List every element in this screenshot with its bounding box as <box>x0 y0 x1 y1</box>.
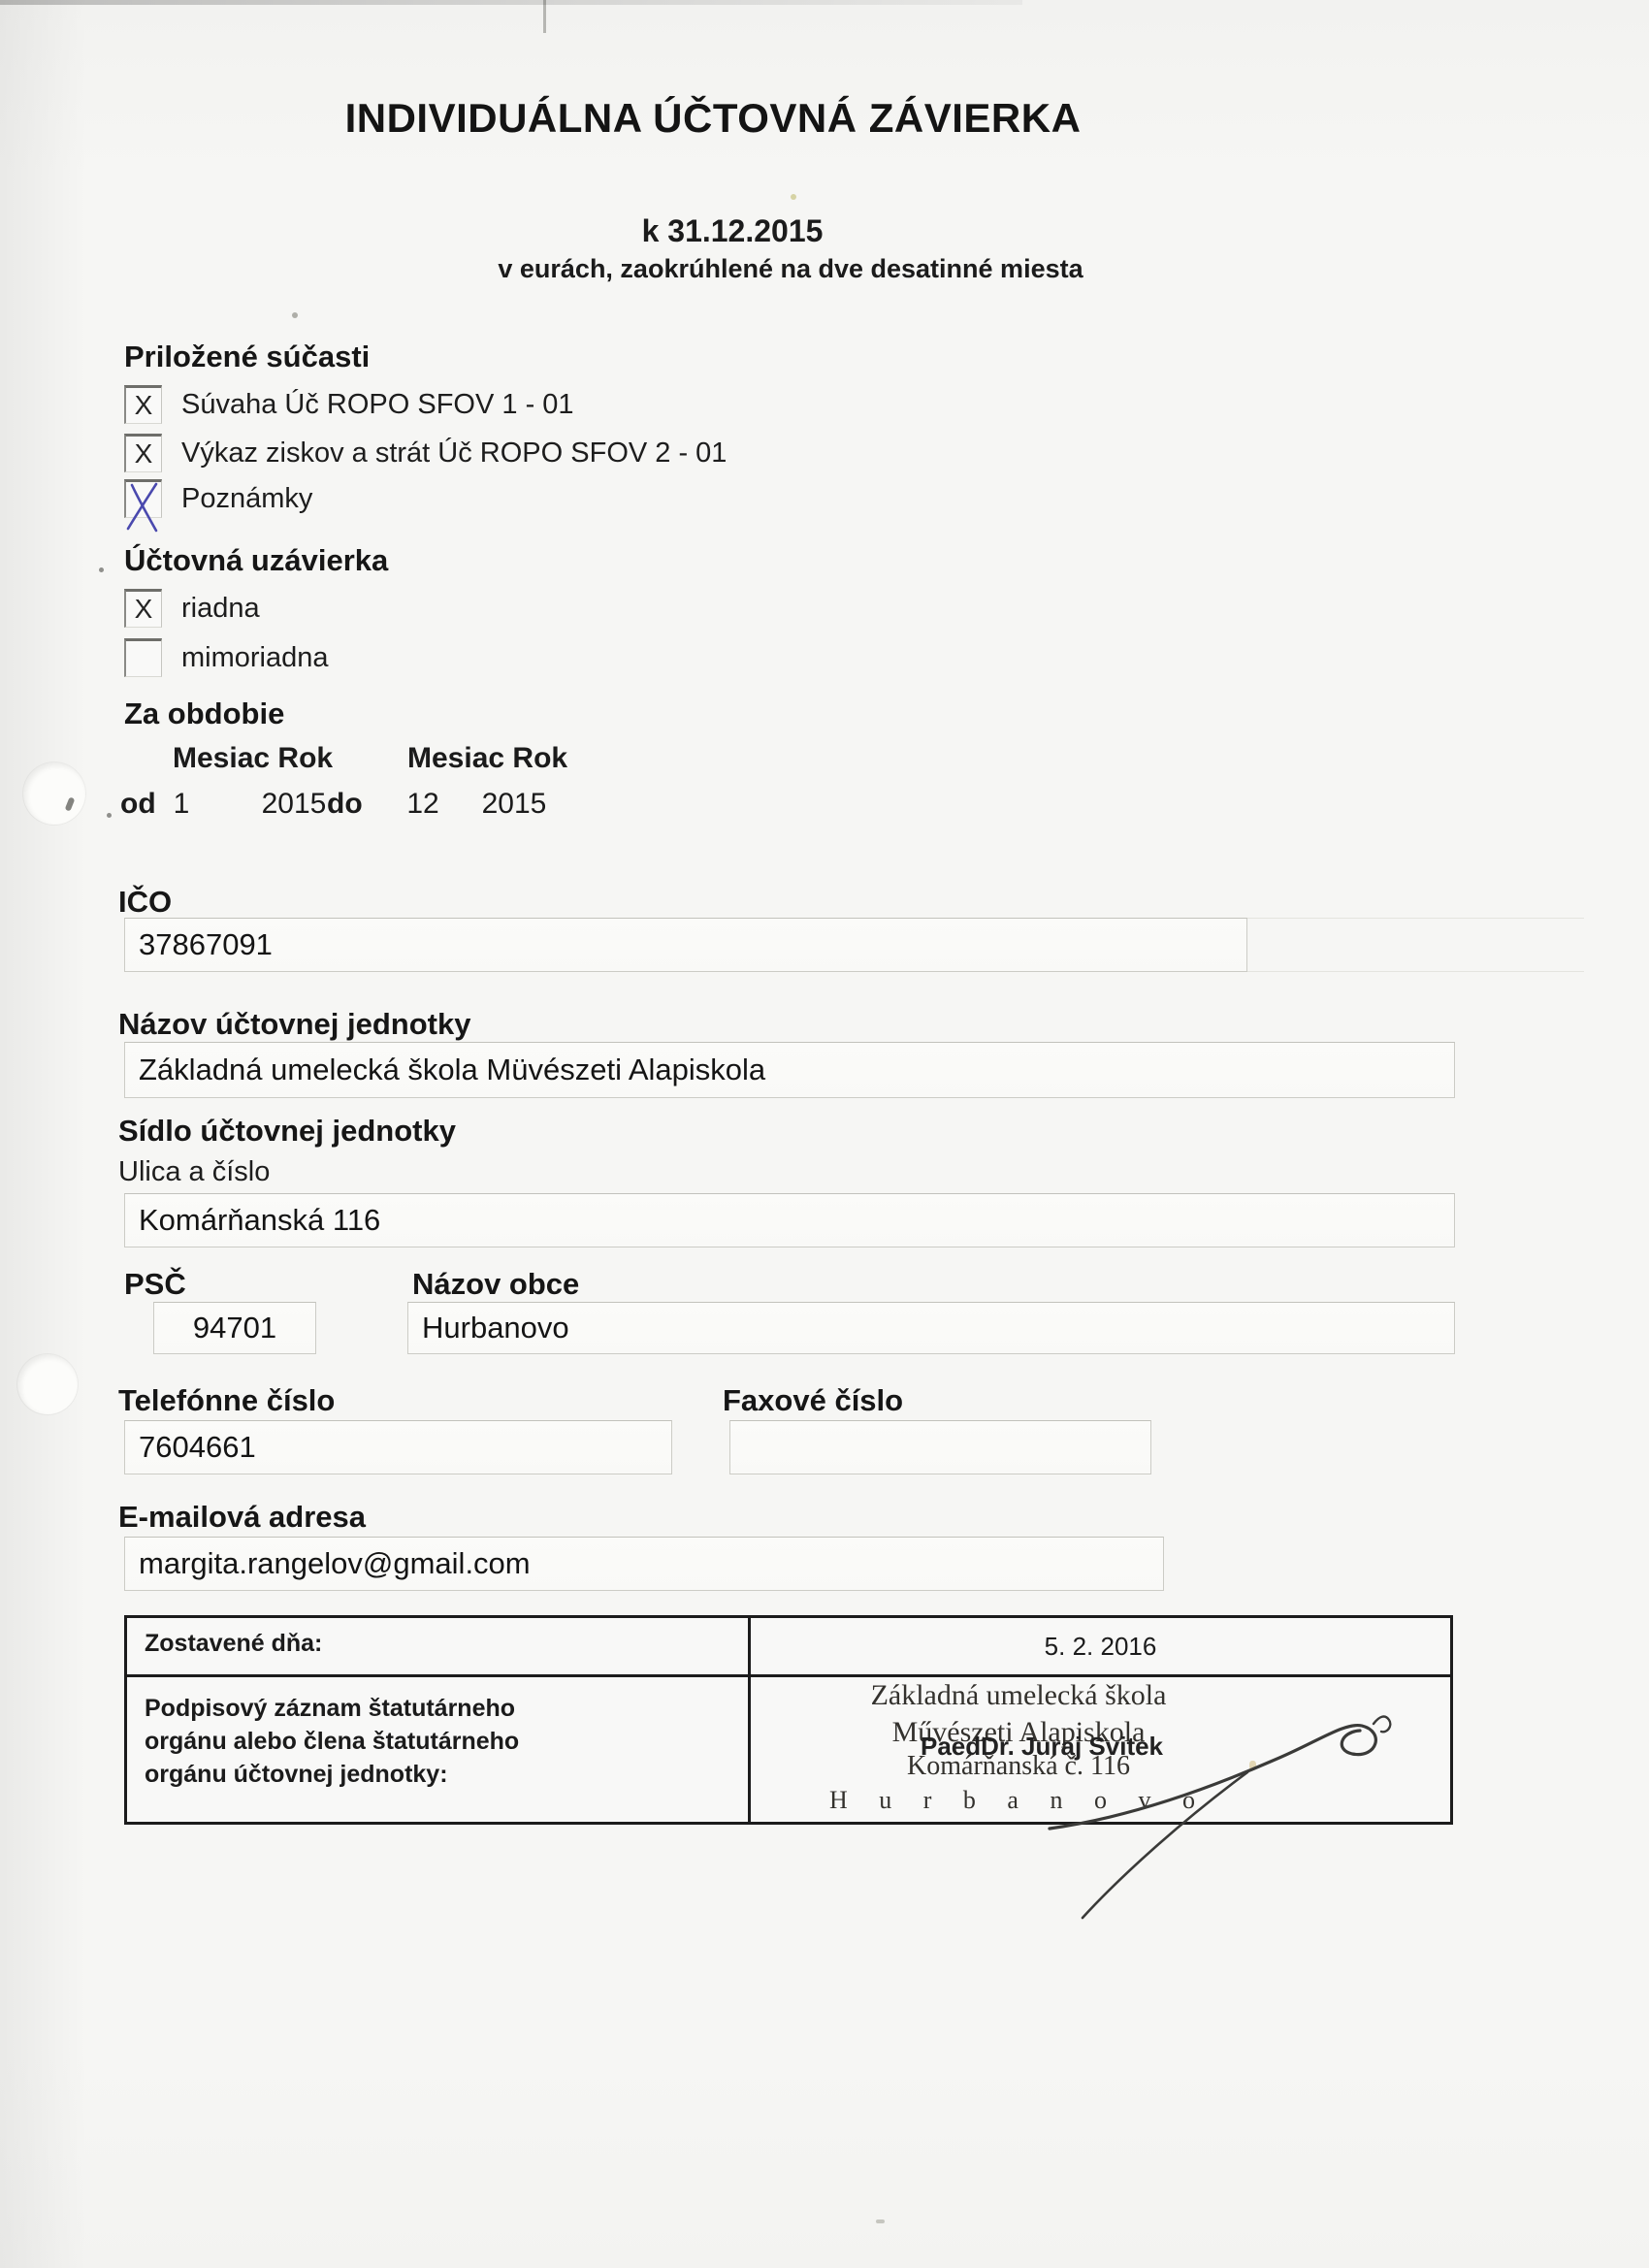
checkbox-label: Poznámky <box>181 483 312 515</box>
compiled-date-value: 5. 2. 2016 <box>748 1618 1450 1674</box>
seat-heading: Sídlo účtovnej jednotky <box>118 1114 456 1149</box>
period-from-year[interactable]: 2015 <box>250 788 338 821</box>
ico-field[interactable]: 37867091 <box>124 918 1247 972</box>
phone-label: Telefónne číslo <box>118 1383 335 1418</box>
signature-table: Zostavené dňa: 5. 2. 2016 Podpisový zázn… <box>124 1615 1453 1825</box>
handwritten-signature <box>1032 1704 1420 1928</box>
scan-speck <box>292 312 298 318</box>
checkbox-x-mark: X <box>126 437 161 471</box>
attachments-heading: Priložené súčasti <box>124 340 370 374</box>
checkbox-label: Výkaz ziskov a strát Úč ROPO SFOV 2 - 01 <box>181 437 727 470</box>
checkbox-label: Súvaha Úč ROPO SFOV 1 - 01 <box>181 389 574 421</box>
scan-speck <box>876 2219 885 2223</box>
checkbox-label: mimoriadna <box>181 642 329 674</box>
city-label: Názov obce <box>412 1267 579 1302</box>
page-title: INDIVIDUÁLNA ÚČTOVNÁ ZÁVIERKA <box>0 95 1426 142</box>
fax-field[interactable] <box>729 1420 1151 1474</box>
checkbox-x-mark <box>126 641 161 676</box>
report-date: k 31.12.2015 <box>0 213 1465 249</box>
period-to-year[interactable]: 2015 <box>468 788 561 821</box>
entity-name-field[interactable]: Základná umelecká škola Müvészeti Alapis… <box>124 1042 1455 1098</box>
signature-cell: Základná umelecká škola Művészeti Alapis… <box>748 1674 1450 1822</box>
period-heading: Za obdobie <box>124 697 284 731</box>
scan-speck <box>65 796 76 811</box>
checkbox-x-mark: X <box>126 592 161 627</box>
psc-label: PSČ <box>124 1267 186 1302</box>
punch-hole <box>23 762 85 825</box>
period-to-month[interactable]: 12 <box>386 788 460 821</box>
scan-line-artifact <box>543 0 546 33</box>
report-subtitle: v eurách, zaokrúhlené na dve desatinné m… <box>0 254 1581 284</box>
scan-speck <box>107 813 112 818</box>
ico-label: IČO <box>118 885 172 920</box>
fax-label: Faxové číslo <box>723 1383 903 1418</box>
checkbox-vykaz[interactable]: X <box>124 434 162 472</box>
checkbox-mimoriadna[interactable] <box>124 638 162 677</box>
email-field[interactable]: margita.rangelov@gmail.com <box>124 1537 1164 1591</box>
scanned-form-page: INDIVIDUÁLNA ÚČTOVNÁ ZÁVIERKA k 31.12.20… <box>0 0 1649 2268</box>
period-from-month[interactable]: 1 <box>147 788 215 821</box>
city-field[interactable]: Hurbanovo <box>407 1302 1455 1354</box>
scan-speck <box>99 567 104 572</box>
checkbox-poznamky[interactable] <box>124 479 162 518</box>
street-label: Ulica a číslo <box>118 1156 270 1188</box>
entity-name-label: Názov účtovnej jednotky <box>118 1007 470 1042</box>
handwritten-x-mark <box>124 482 163 533</box>
period-col-label: Mesiac Rok <box>407 742 567 775</box>
punch-hole <box>17 1354 78 1414</box>
period-col-label: Mesiac Rok <box>173 742 333 775</box>
email-label: E-mailová adresa <box>118 1500 366 1535</box>
street-field[interactable]: Komárňanská 116 <box>124 1193 1455 1247</box>
phone-field[interactable]: 7604661 <box>124 1420 672 1474</box>
scan-speck <box>791 194 796 200</box>
checkbox-x-mark: X <box>126 388 161 423</box>
psc-field[interactable]: 94701 <box>153 1302 316 1354</box>
compiled-date-label: Zostavené dňa: <box>127 1618 748 1674</box>
checkbox-suvaha[interactable]: X <box>124 385 162 424</box>
period-to-label: do <box>327 788 363 821</box>
checkbox-label: riadna <box>181 593 260 625</box>
closing-heading: Účtovná uzávierka <box>124 543 388 578</box>
signature-record-label: Podpisový záznam štatutárneho orgánu ale… <box>127 1674 748 1822</box>
checkbox-riadna[interactable]: X <box>124 589 162 628</box>
